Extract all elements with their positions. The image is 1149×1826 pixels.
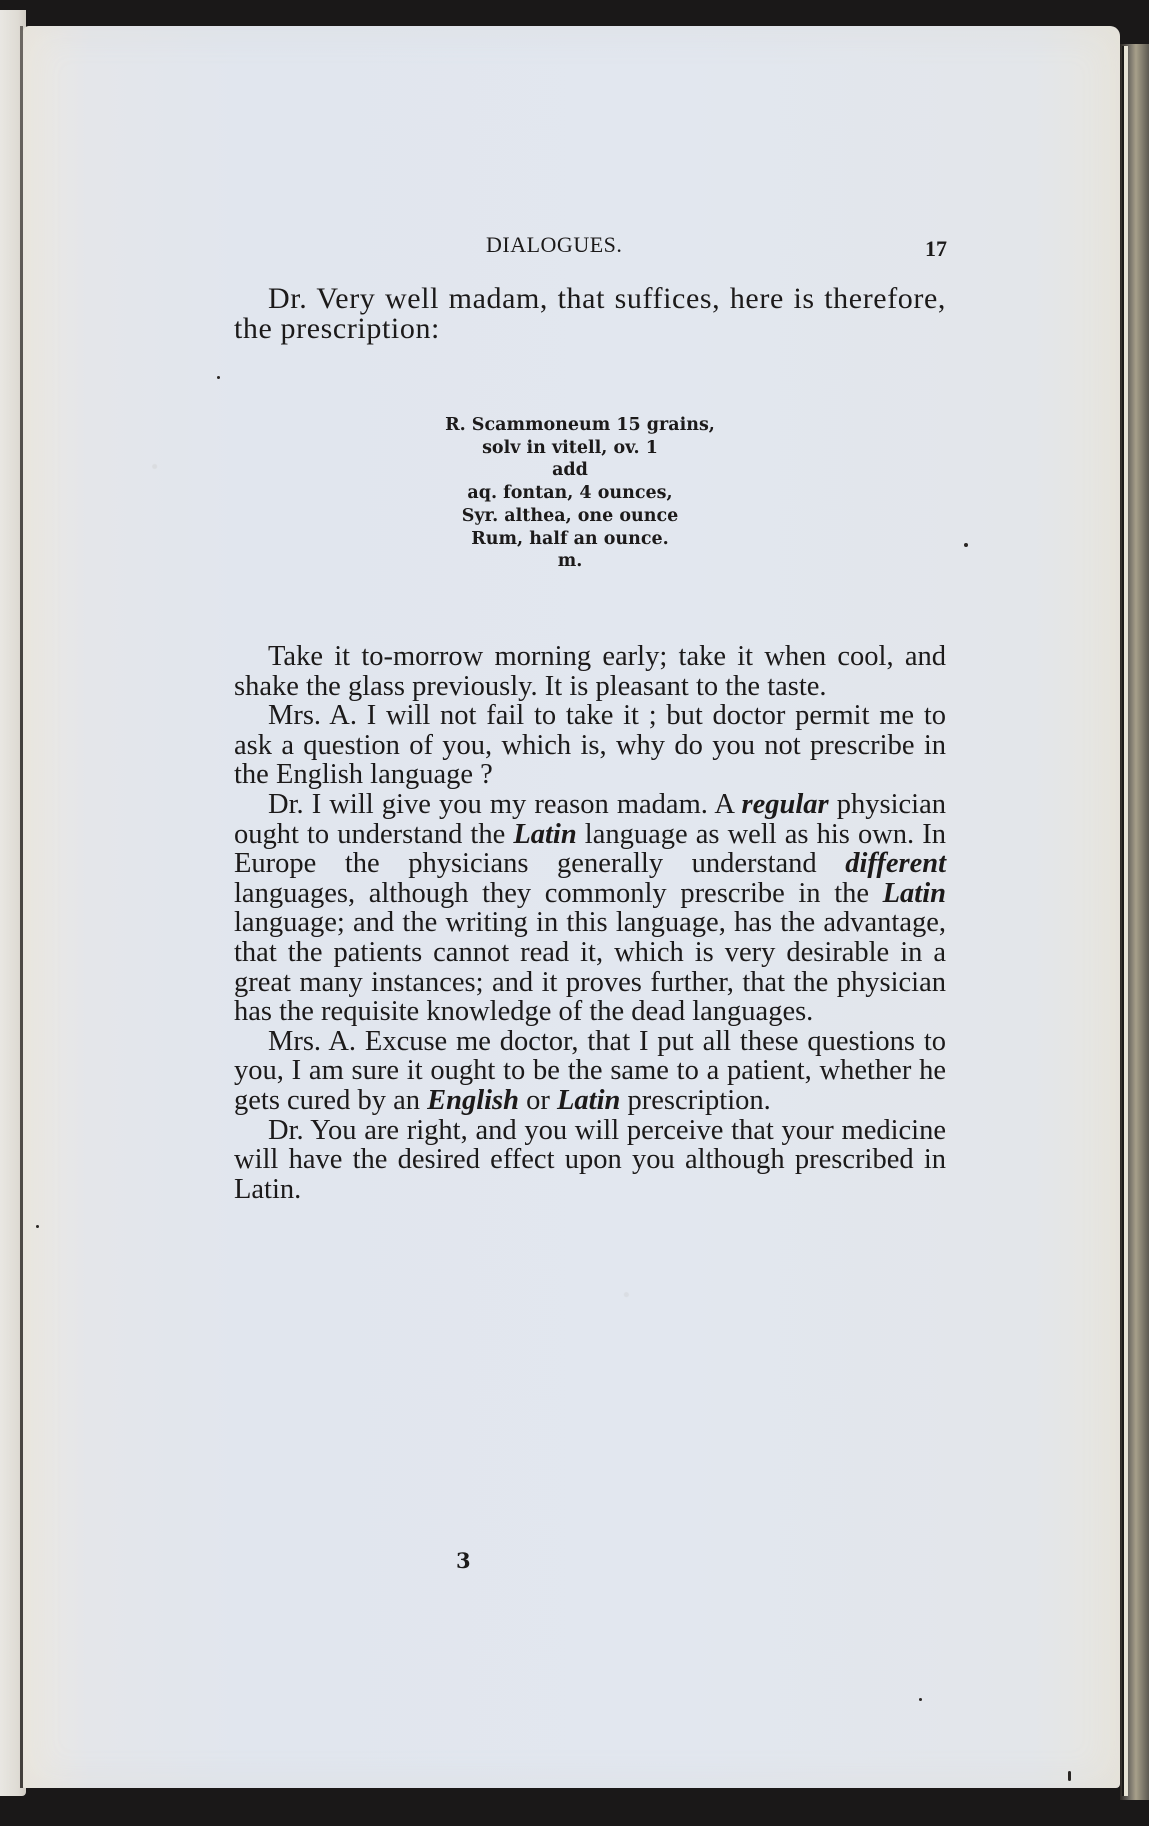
paragraph-text: languages, although they commonly prescr… <box>234 878 883 909</box>
paragraph-text: Very well madam, that suffices, here is … <box>234 282 946 345</box>
intro-paragraph: Dr. Very well madam, that suffices, here… <box>234 284 946 343</box>
dialogue-paragraph: Mrs. A. I will not fail to take it ; but… <box>234 701 946 790</box>
speaker-label: Dr. <box>268 282 307 315</box>
paper-speck <box>1068 1771 1071 1781</box>
italic-emphasis: different <box>845 848 946 879</box>
dialogue-paragraph: Dr. You are right, and you will perceive… <box>234 1116 946 1205</box>
paper-speck <box>964 543 968 547</box>
paragraph-text: I will give you my reason madam. A <box>312 789 742 820</box>
signature-mark: 3 <box>456 1548 471 1573</box>
speaker-label: Dr. <box>268 1115 304 1146</box>
speaker-label: Mrs. A. <box>268 700 357 731</box>
paper-speck <box>217 376 220 379</box>
dialogue-paragraph: Mrs. A. Excuse me doctor, that I put all… <box>234 1027 946 1116</box>
prescription-line: R. Scammoneum 15 grains, <box>400 414 740 437</box>
paragraph-text: or <box>519 1085 557 1116</box>
paragraph-text: You are right, and you will perceive tha… <box>234 1115 946 1205</box>
prescription-line: m. <box>400 550 740 573</box>
dialogue-body: Take it to-morrow morning early; take it… <box>234 642 946 1204</box>
italic-emphasis: Latin <box>513 819 576 850</box>
prescription-line: aq. fontan, 4 ounces, <box>400 482 740 505</box>
prescription-line: solv in vitell, ov. 1 <box>400 437 740 460</box>
italic-emphasis: English <box>427 1085 519 1116</box>
paper-speck <box>36 1225 39 1228</box>
prescription-line: add <box>400 459 740 482</box>
prescription-line: Syr. althea, one ounce <box>400 505 740 528</box>
speaker-label: Mrs. A. <box>268 1026 356 1057</box>
paragraph-text: Take it to-morrow morning early; take it… <box>234 641 946 702</box>
paragraph-text: prescription. <box>620 1085 770 1116</box>
paragraph-text: language; and the writing in this langua… <box>234 907 946 1027</box>
italic-emphasis: Latin <box>557 1085 620 1116</box>
dialogue-paragraph: Take it to-morrow morning early; take it… <box>234 642 946 701</box>
speaker-label: Dr. <box>268 789 304 820</box>
prescription-line: Rum, half an ounce. <box>400 528 740 551</box>
prescription-block: R. Scammoneum 15 grains, solv in vitell,… <box>400 414 740 573</box>
italic-emphasis: Latin <box>883 878 946 909</box>
paper-speck <box>919 1698 922 1701</box>
page-content: DIALOGUES. 17 Dr. Very well madam, that … <box>0 0 1149 1826</box>
running-head: DIALOGUES. <box>486 232 622 258</box>
page-number: 17 <box>925 236 947 262</box>
italic-emphasis: regular <box>742 789 829 820</box>
dialogue-paragraph: Dr. I will give you my reason madam. A r… <box>234 790 946 1027</box>
